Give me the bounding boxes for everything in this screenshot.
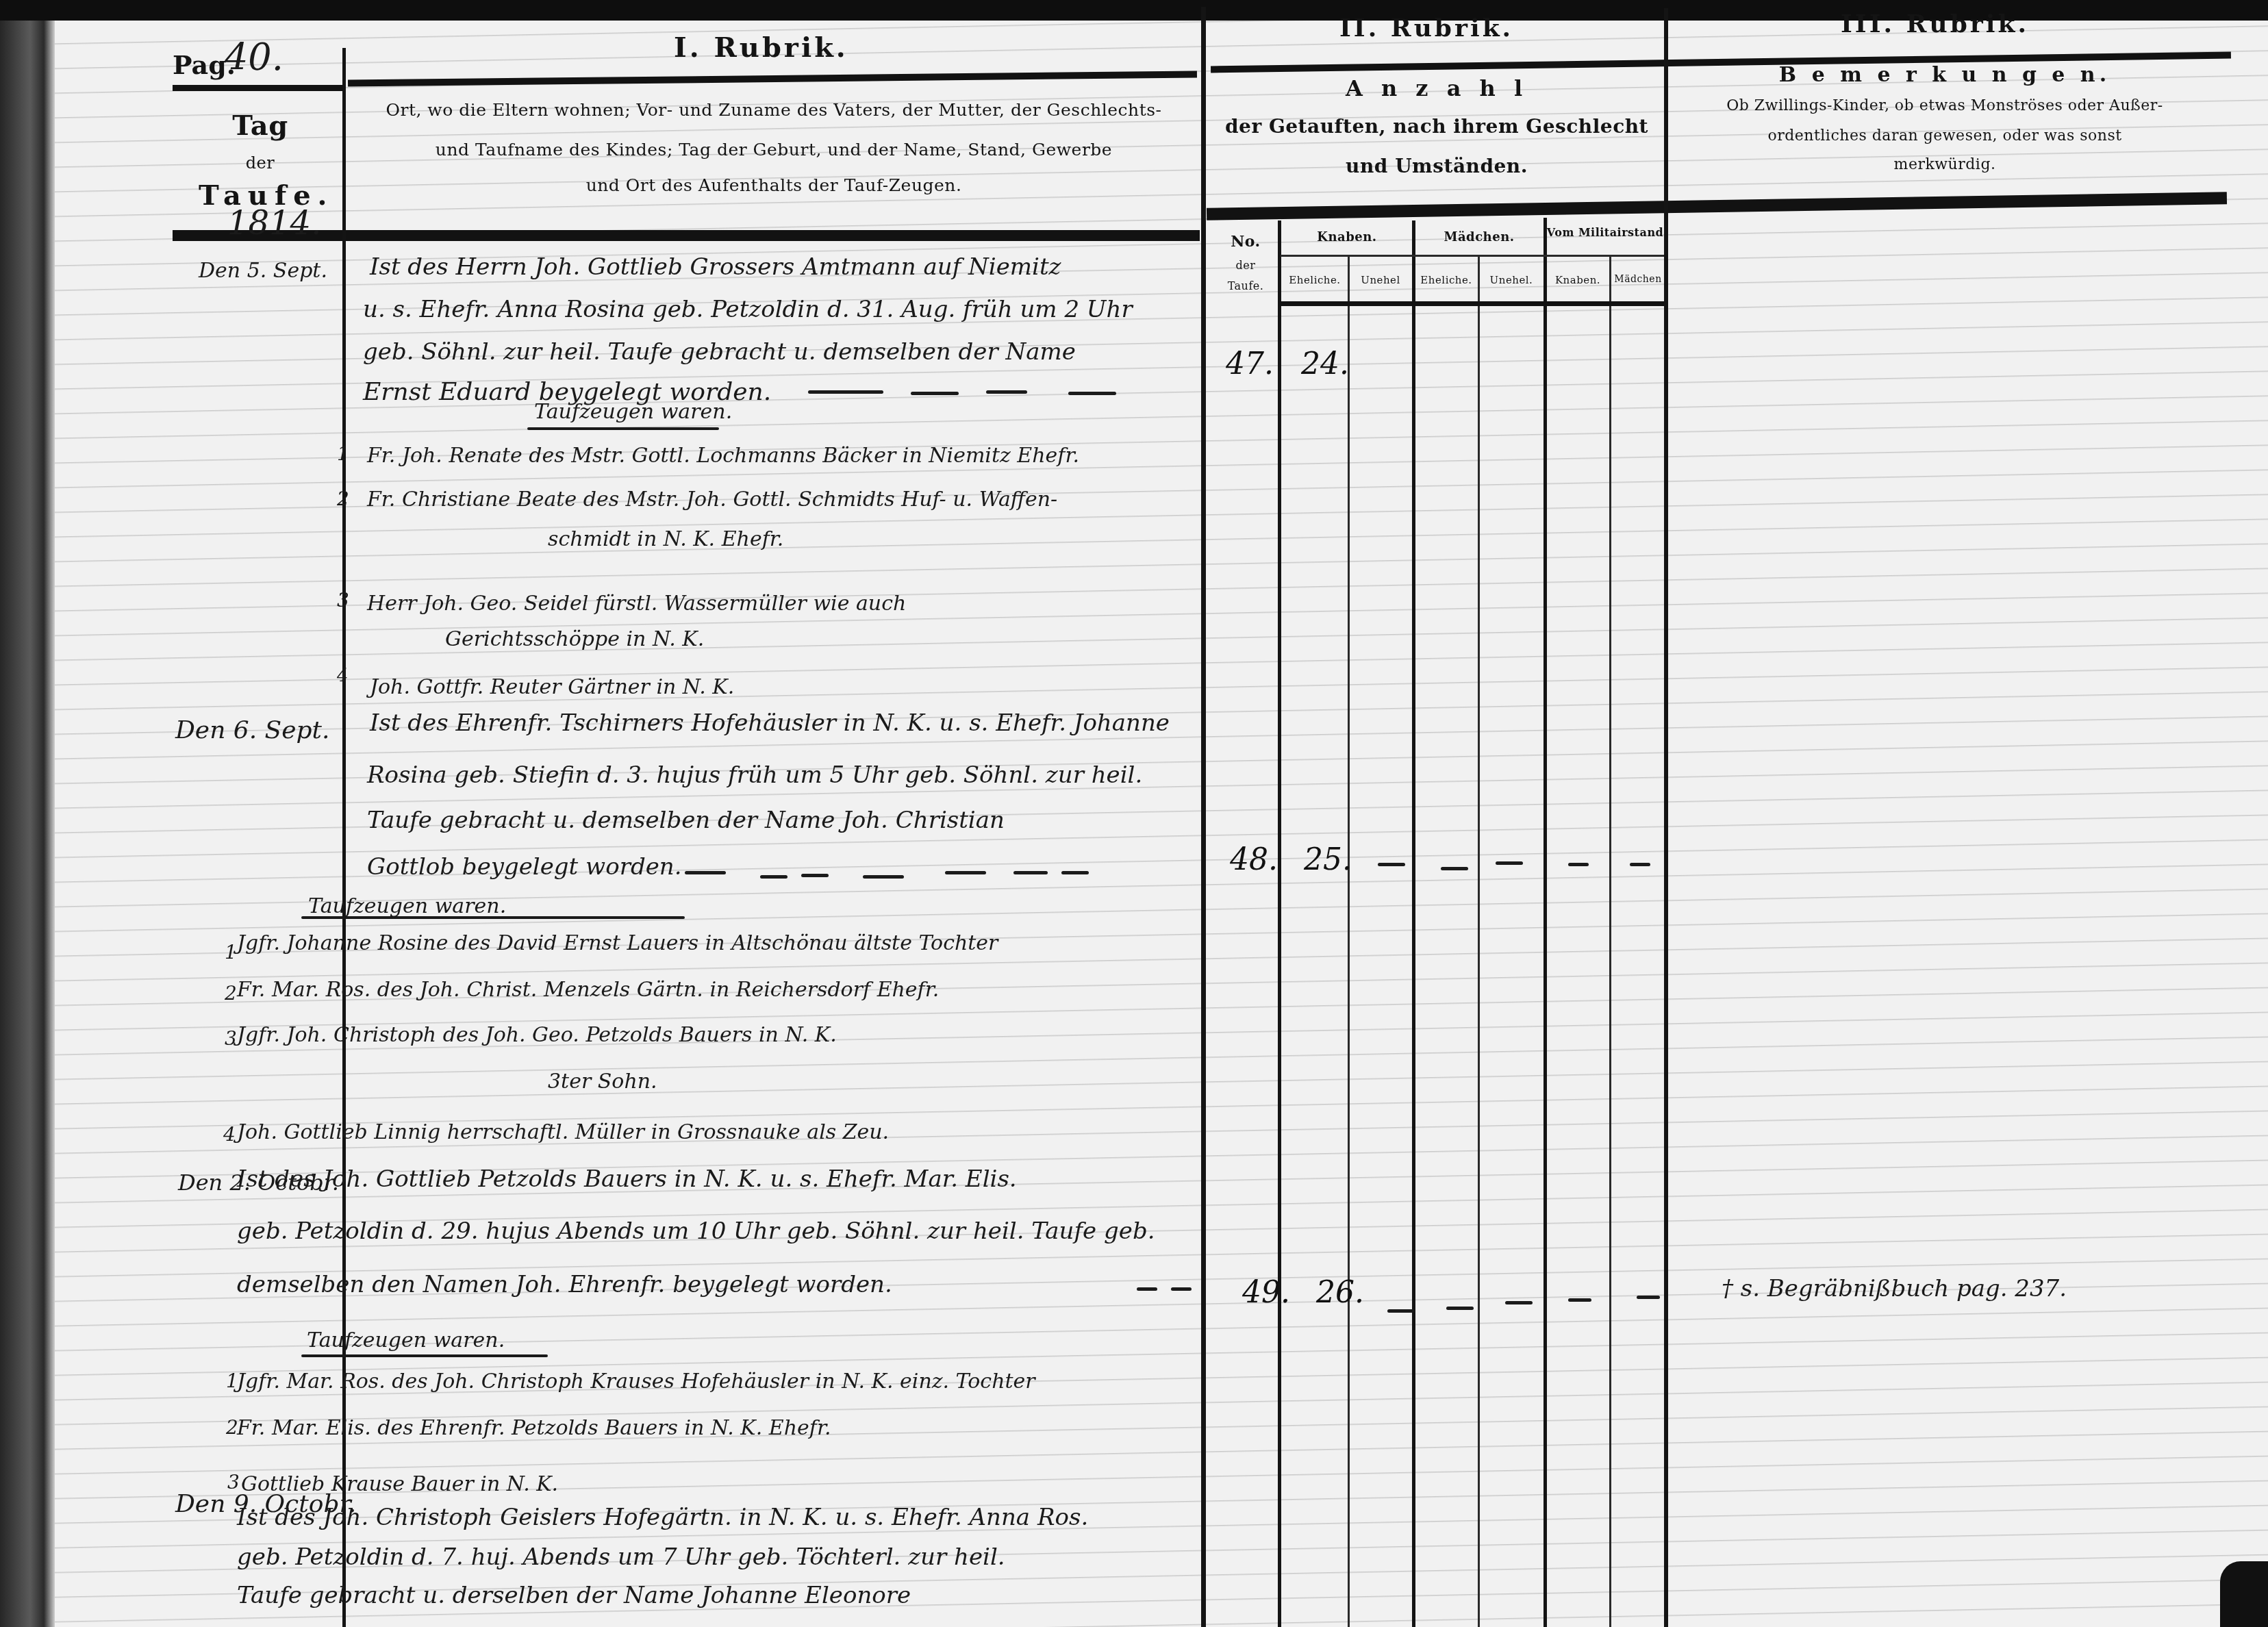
sub-der: der [1215, 259, 1276, 272]
witness-text: Gerichtsschöppe in N. K. [445, 627, 704, 651]
sub-knaben: Knaben. [1282, 230, 1412, 244]
column-divider-maedchen [1412, 220, 1415, 1627]
filler-dash [1137, 1287, 1157, 1291]
filler-dash [945, 871, 986, 874]
remark-burial-reference: † s. Begräbnißbuch pag. 237. [1722, 1275, 2067, 1302]
mil-knaben-dash [1568, 863, 1589, 866]
book-binding [0, 0, 55, 1627]
witness-number: 3 [337, 589, 349, 611]
filler-dash [1013, 871, 1048, 874]
rubrik1-desc-line1: Ort, wo die Eltern wohnen; Vor- und Zuna… [351, 100, 1197, 120]
mil-knaben-dash [1568, 1298, 1591, 1302]
filler-dash [1061, 871, 1089, 874]
maedchen-eheliche-dash [1446, 1307, 1474, 1310]
entry-date: Den 6. Sept. [175, 716, 330, 744]
sub-no: No. [1215, 233, 1276, 251]
rubrik3-desc-line2: Ob Zwillings-Kinder, ob etwas Monströses… [1671, 97, 2219, 114]
header-tag: Tag [205, 110, 315, 142]
sub-knaben-unehel: Unehel [1350, 274, 1411, 286]
witness-number: 1 [337, 442, 349, 465]
subheader-rule [1281, 255, 1664, 257]
filler-dash [863, 875, 904, 879]
witness-text: Jgfr. Joh. Christoph des Joh. Geo. Petzo… [237, 1023, 837, 1047]
heading-underline [527, 427, 719, 430]
witness-text: schmidt in N. K. Ehefr. [548, 527, 783, 551]
subheader-bottom-rule [1281, 301, 1664, 306]
page-gutter-divider [1201, 7, 1206, 1627]
entry-text-line: Ist des Ehrenfr. Tschirners Hofehäusler … [370, 709, 1170, 737]
entry-date: Den 5. Sept. [199, 259, 327, 283]
column-divider-no [1278, 220, 1281, 1627]
heading-underline [301, 1354, 548, 1357]
rubrik3-desc-line3: ordentliches daran gewesen, oder was son… [1671, 127, 2219, 144]
scan-corner-shadow [2220, 1561, 2268, 1627]
header-der: der [205, 153, 315, 173]
maedchen-eheliche-dash [1441, 867, 1468, 870]
witness-text: Jgfr. Mar. Ros. des Joh. Christoph Kraus… [237, 1370, 1035, 1393]
entry-text-line: geb. Söhnl. zur heil. Taufe gebracht u. … [363, 338, 1076, 366]
entry-child-name-line: demselben den Namen Joh. Ehrenfr. beygel… [237, 1271, 892, 1298]
entry-text-line: Ist des Joh. Christoph Geislers Hofegärt… [237, 1504, 1088, 1531]
mil-maedchen-dash [1637, 1296, 1660, 1299]
knaben-eheliche-count: 25. [1304, 842, 1352, 877]
baptism-number: 48. [1230, 842, 1278, 877]
sub-maedchen-eheliche: Eheliche. [1415, 274, 1478, 286]
header-rule-left [173, 85, 344, 91]
witness-number: 1 [225, 941, 237, 963]
witness-number: 2 [225, 982, 237, 1005]
filler-dash [911, 392, 959, 395]
knaben-eheliche-count: 26. [1316, 1275, 1364, 1310]
filler-dash [808, 390, 883, 394]
witness-text: Fr. Christiane Beate des Mstr. Joh. Gott… [367, 488, 1057, 512]
witness-text: Joh. Gottlieb Linnig herrschaftl. Müller… [237, 1120, 889, 1144]
sub-mil-knaben: Knaben. [1546, 274, 1609, 286]
sub-mil-maedchen: Mädchen [1611, 274, 1665, 285]
entry-child-name-line: Gottlob beygelegt worden. [367, 853, 682, 881]
rubrik3-desc-line4: merkwürdig. [1671, 156, 2219, 173]
maedchen-unehel-dash [1496, 861, 1523, 865]
rubrik2-title: II. Rubrik. [1339, 14, 1513, 42]
column-divider-rubrik3 [1664, 8, 1668, 1627]
column-divider-mil-maedchen [1609, 257, 1611, 1627]
register-year: 1814. [227, 204, 321, 242]
filler-dash [760, 875, 787, 879]
witness-number: 2 [337, 488, 349, 510]
rubrik2-desc-line3: und Umständen. [1212, 155, 1661, 177]
rubrik1-title: I. Rubrik. [674, 31, 848, 64]
knaben-eheliche-count: 24. [1301, 346, 1349, 381]
column-divider-maedchen-unehel [1478, 257, 1480, 1627]
witness-heading: Taufzeugen waren. [308, 894, 506, 918]
column-divider-militair [1543, 218, 1547, 1627]
entry-text-line: geb. Petzoldin d. 29. hujus Abends um 10… [237, 1218, 1155, 1245]
baptism-number: 49. [1242, 1275, 1290, 1310]
rubrik3-title: III. Rubrik. [1841, 10, 2029, 38]
sub-militairstand: Vom Militairstand [1546, 226, 1664, 239]
baptism-number: 47. [1226, 346, 1274, 381]
page-number: 40. [225, 36, 283, 79]
witness-text: Herr Joh. Geo. Seidel fürstl. Wassermüll… [367, 592, 906, 616]
filler-dash [1068, 392, 1116, 395]
column-divider-knaben-unehel [1348, 257, 1350, 1627]
witness-text: Joh. Gottfr. Reuter Gärtner in N. K. [370, 675, 734, 699]
heading-underline [301, 916, 685, 919]
witness-text: Fr. Mar. Elis. des Ehrenfr. Petzolds Bau… [237, 1416, 831, 1440]
entry-text-line: Ist des Joh. Gottlieb Petzolds Bauers in… [237, 1165, 1017, 1193]
sub-knaben-eheliche: Eheliche. [1282, 274, 1348, 286]
rubrik2-desc-line2: der Getauften, nach ihrem Geschlecht [1212, 115, 1661, 138]
entry-text-line: geb. Petzoldin d. 7. huj. Abends um 7 Uh… [237, 1543, 1005, 1571]
witness-text: 3ter Sohn. [548, 1070, 657, 1094]
filler-dash [986, 390, 1027, 394]
witness-text: Fr. Joh. Renate des Mstr. Gottl. Lochman… [367, 444, 1079, 468]
rubrik1-desc-line2: und Taufname des Kindes; Tag der Geburt,… [351, 140, 1197, 160]
filler-dash [1171, 1287, 1192, 1291]
witness-number: 4 [337, 666, 349, 686]
witness-number: 3 [225, 1027, 237, 1050]
witness-text: Fr. Mar. Ros. des Joh. Christ. Menzels G… [237, 978, 939, 1002]
sub-maedchen-unehel: Unehel. [1480, 274, 1543, 286]
maedchen-unehel-dash [1505, 1301, 1533, 1304]
witness-heading: Taufzeugen waren. [307, 1328, 505, 1352]
sub-taufe: Taufe. [1215, 279, 1276, 292]
filler-dash [801, 874, 829, 877]
header-bottom-rule-left [173, 230, 1200, 241]
entry-text-line: Ist des Herrn Joh. Gottlieb Grossers Amt… [370, 253, 1061, 281]
witness-number: 4 [223, 1123, 236, 1146]
rubrik3-desc-line1: B e m e r k u n g e n. [1671, 63, 2219, 87]
sub-maedchen: Mädchen. [1415, 230, 1543, 244]
entry-text-line: Taufe gebracht u. derselben der Name Joh… [237, 1582, 911, 1609]
witness-heading: Taufzeugen waren. [534, 400, 732, 424]
entry-text-line: Rosina geb. Stiefin d. 3. hujus früh um … [367, 761, 1142, 789]
mil-maedchen-dash [1630, 863, 1650, 866]
rubrik2-desc-line1: A n z a h l [1212, 75, 1661, 101]
witness-text: Jgfr. Johanne Rosine des David Ernst Lau… [237, 931, 998, 955]
entry-text-line: Taufe gebracht u. demselben der Name Joh… [367, 807, 1005, 834]
knaben-unehel-dash [1378, 863, 1405, 866]
rubrik1-desc-line3: und Ort des Aufenthalts der Tauf-Zeugen. [351, 175, 1197, 195]
entry-text-line: u. s. Ehefr. Anna Rosina geb. Petzoldin … [363, 296, 1133, 323]
filler-dash [685, 871, 726, 874]
knaben-unehel-dash [1387, 1309, 1415, 1313]
